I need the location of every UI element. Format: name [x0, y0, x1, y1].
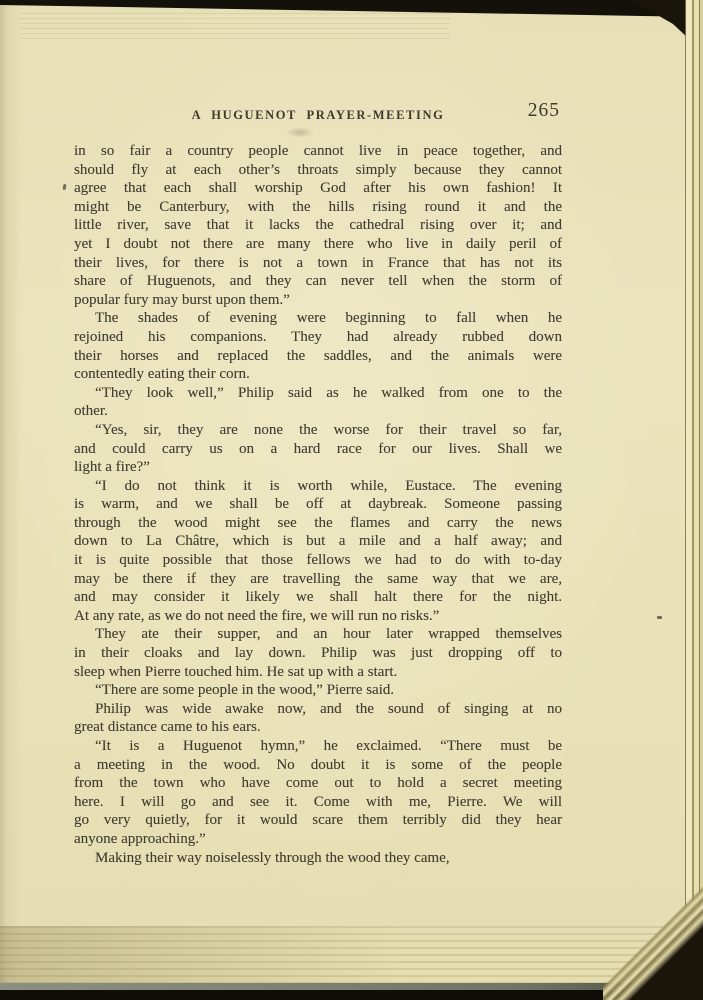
text-line: through the wood might see the flames an… [74, 514, 562, 533]
page-edge-striations-bottom [0, 926, 688, 986]
text-line: “I do not think it is worth while, Eusta… [74, 477, 562, 496]
text-line: “It is a Huguenot hymn,” he exclaimed. “… [74, 737, 562, 756]
paragraph: “I do not think it is worth while, Eusta… [74, 477, 562, 626]
text-line: and could carry us on a hard race for ou… [74, 440, 562, 459]
text-line: great distance came to his ears. [74, 718, 562, 737]
text-line: a meeting in the wood. No doubt it is so… [74, 756, 562, 775]
paragraph: They ate their supper, and an hour later… [74, 625, 562, 681]
text-line: might be Canterbury, with the hills risi… [74, 198, 562, 217]
text-line: down to La Châtre, which is but a mile a… [74, 532, 562, 551]
scan-background-bottom [0, 990, 703, 1000]
running-header: A HUGUENOT PRAYER-MEETING 265 [74, 100, 562, 130]
text-line: little river, save that it lacks the cat… [74, 216, 562, 235]
text-line: their lives, for there is not a town in … [74, 254, 562, 273]
text-line: “They look well,” Philip said as he walk… [74, 384, 562, 403]
page-number: 265 [528, 100, 560, 122]
text-line: popular fury may burst upon them.” [74, 291, 562, 310]
text-line: yet I doubt not there are many there who… [74, 235, 562, 254]
text-line: contentedly eating their corn. [74, 365, 562, 384]
text-line: other. [74, 402, 562, 421]
scan-artifact [657, 616, 662, 619]
text-line: The shades of evening were beginning to … [74, 309, 562, 328]
text-line: in so fair a country people cannot live … [74, 142, 562, 161]
page-text: in so fair a country people cannot live … [74, 142, 562, 867]
paragraph: in so fair a country people cannot live … [74, 142, 562, 309]
scanned-book-page: A HUGUENOT PRAYER-MEETING 265 in so fair… [0, 0, 703, 1000]
text-line: agree that each shall worship God after … [74, 179, 562, 198]
text-line: and may consider it likely we shall halt… [74, 588, 562, 607]
text-line: may be there if they are travelling the … [74, 570, 562, 589]
paragraph: Making their way noiselessly through the… [74, 849, 562, 868]
text-line: here. I will go and see it. Come with me… [74, 793, 562, 812]
book-fore-edge [683, 0, 703, 1000]
chapter-title: A HUGUENOT PRAYER-MEETING [74, 108, 562, 123]
text-line: in their cloaks and lay down. Philip was… [74, 644, 562, 663]
text-line: Philip was wide awake now, and the sound… [74, 700, 562, 719]
text-line: their horses and replaced the saddles, a… [74, 347, 562, 366]
text-line: share of Huguenots, and they can never t… [74, 272, 562, 291]
page-edge-striations-top [20, 13, 450, 43]
text-line: anyone approaching.” [74, 830, 562, 849]
text-line: They ate their supper, and an hour later… [74, 625, 562, 644]
paragraph: “It is a Huguenot hymn,” he exclaimed. “… [74, 737, 562, 849]
text-line: should fly at each other’s throats simpl… [74, 161, 562, 180]
text-line: is warm, and we shall be off at daybreak… [74, 495, 562, 514]
paragraph: “There are some people in the wood,” Pie… [74, 681, 562, 700]
text-line: At any rate, as we do not need the fire,… [74, 607, 562, 626]
paragraph: “They look well,” Philip said as he walk… [74, 384, 562, 421]
text-line: it is quite possible that those fellows … [74, 551, 562, 570]
text-line: from the town who have come out to hold … [74, 774, 562, 793]
text-line: sleep when Pierre touched him. He sat up… [74, 663, 562, 682]
text-line: “There are some people in the wood,” Pie… [74, 681, 562, 700]
paragraph: “Yes, sir, they are none the worse for t… [74, 421, 562, 477]
text-line: “Yes, sir, they are none the worse for t… [74, 421, 562, 440]
text-line: light a fire?” [74, 458, 562, 477]
text-line: Making their way noiselessly through the… [74, 849, 562, 868]
paragraph: The shades of evening were beginning to … [74, 309, 562, 383]
text-line: rejoined his companions. They had alread… [74, 328, 562, 347]
paragraph: Philip was wide awake now, and the sound… [74, 700, 562, 737]
text-line: go very quietly, for it would scare them… [74, 811, 562, 830]
fanned-page-corner [603, 880, 703, 1000]
